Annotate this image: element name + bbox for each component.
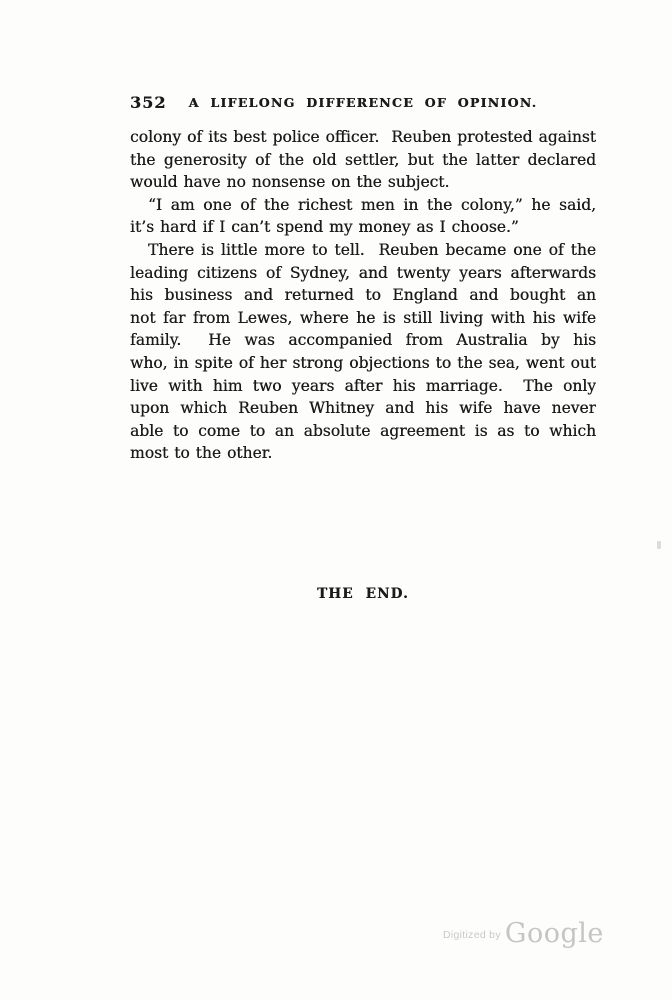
watermark-prefix-label: Digitized by xyxy=(443,929,501,941)
text-line: upon which Reuben Whitney and his wife h… xyxy=(130,397,596,420)
text-line: the generosity of the old settler, but t… xyxy=(130,149,596,172)
google-watermark: Digitized by Google xyxy=(443,920,604,947)
text-line: his business and returned to England and… xyxy=(130,284,596,307)
text-line: who, in spite of her strong objections t… xyxy=(130,352,596,375)
book-page: 352 A LIFELONG DIFFERENCE OF OPINION. co… xyxy=(0,0,672,1000)
text-line: it’s hard if I can’t spend my money as I… xyxy=(130,216,596,239)
text-line: able to come to an absolute agreement is… xyxy=(130,420,596,443)
the-end-label: THE END. xyxy=(130,586,596,602)
text-line: family. He was accompanied from Australi… xyxy=(130,329,596,352)
text-line: colony of its best police officer. Reube… xyxy=(130,126,596,149)
running-title: A LIFELONG DIFFERENCE OF OPINION. xyxy=(130,95,596,110)
page-header: 352 A LIFELONG DIFFERENCE OF OPINION. xyxy=(130,93,596,113)
body-text: colony of its best police officer. Reube… xyxy=(130,126,596,465)
text-line: “I am one of the richest men in the colo… xyxy=(130,194,596,217)
text-line: most to the other. xyxy=(130,442,596,465)
scan-artifact xyxy=(657,541,661,549)
text-line: There is little more to tell. Reuben bec… xyxy=(130,239,596,262)
text-line: leading citizens of Sydney, and twenty y… xyxy=(130,262,596,285)
text-line: live with him two years after his marria… xyxy=(130,375,596,398)
text-line: not far from Lewes, where he is still li… xyxy=(130,307,596,330)
google-logo: Google xyxy=(505,920,604,947)
text-line: would have no nonsense on the subject. xyxy=(130,171,596,194)
